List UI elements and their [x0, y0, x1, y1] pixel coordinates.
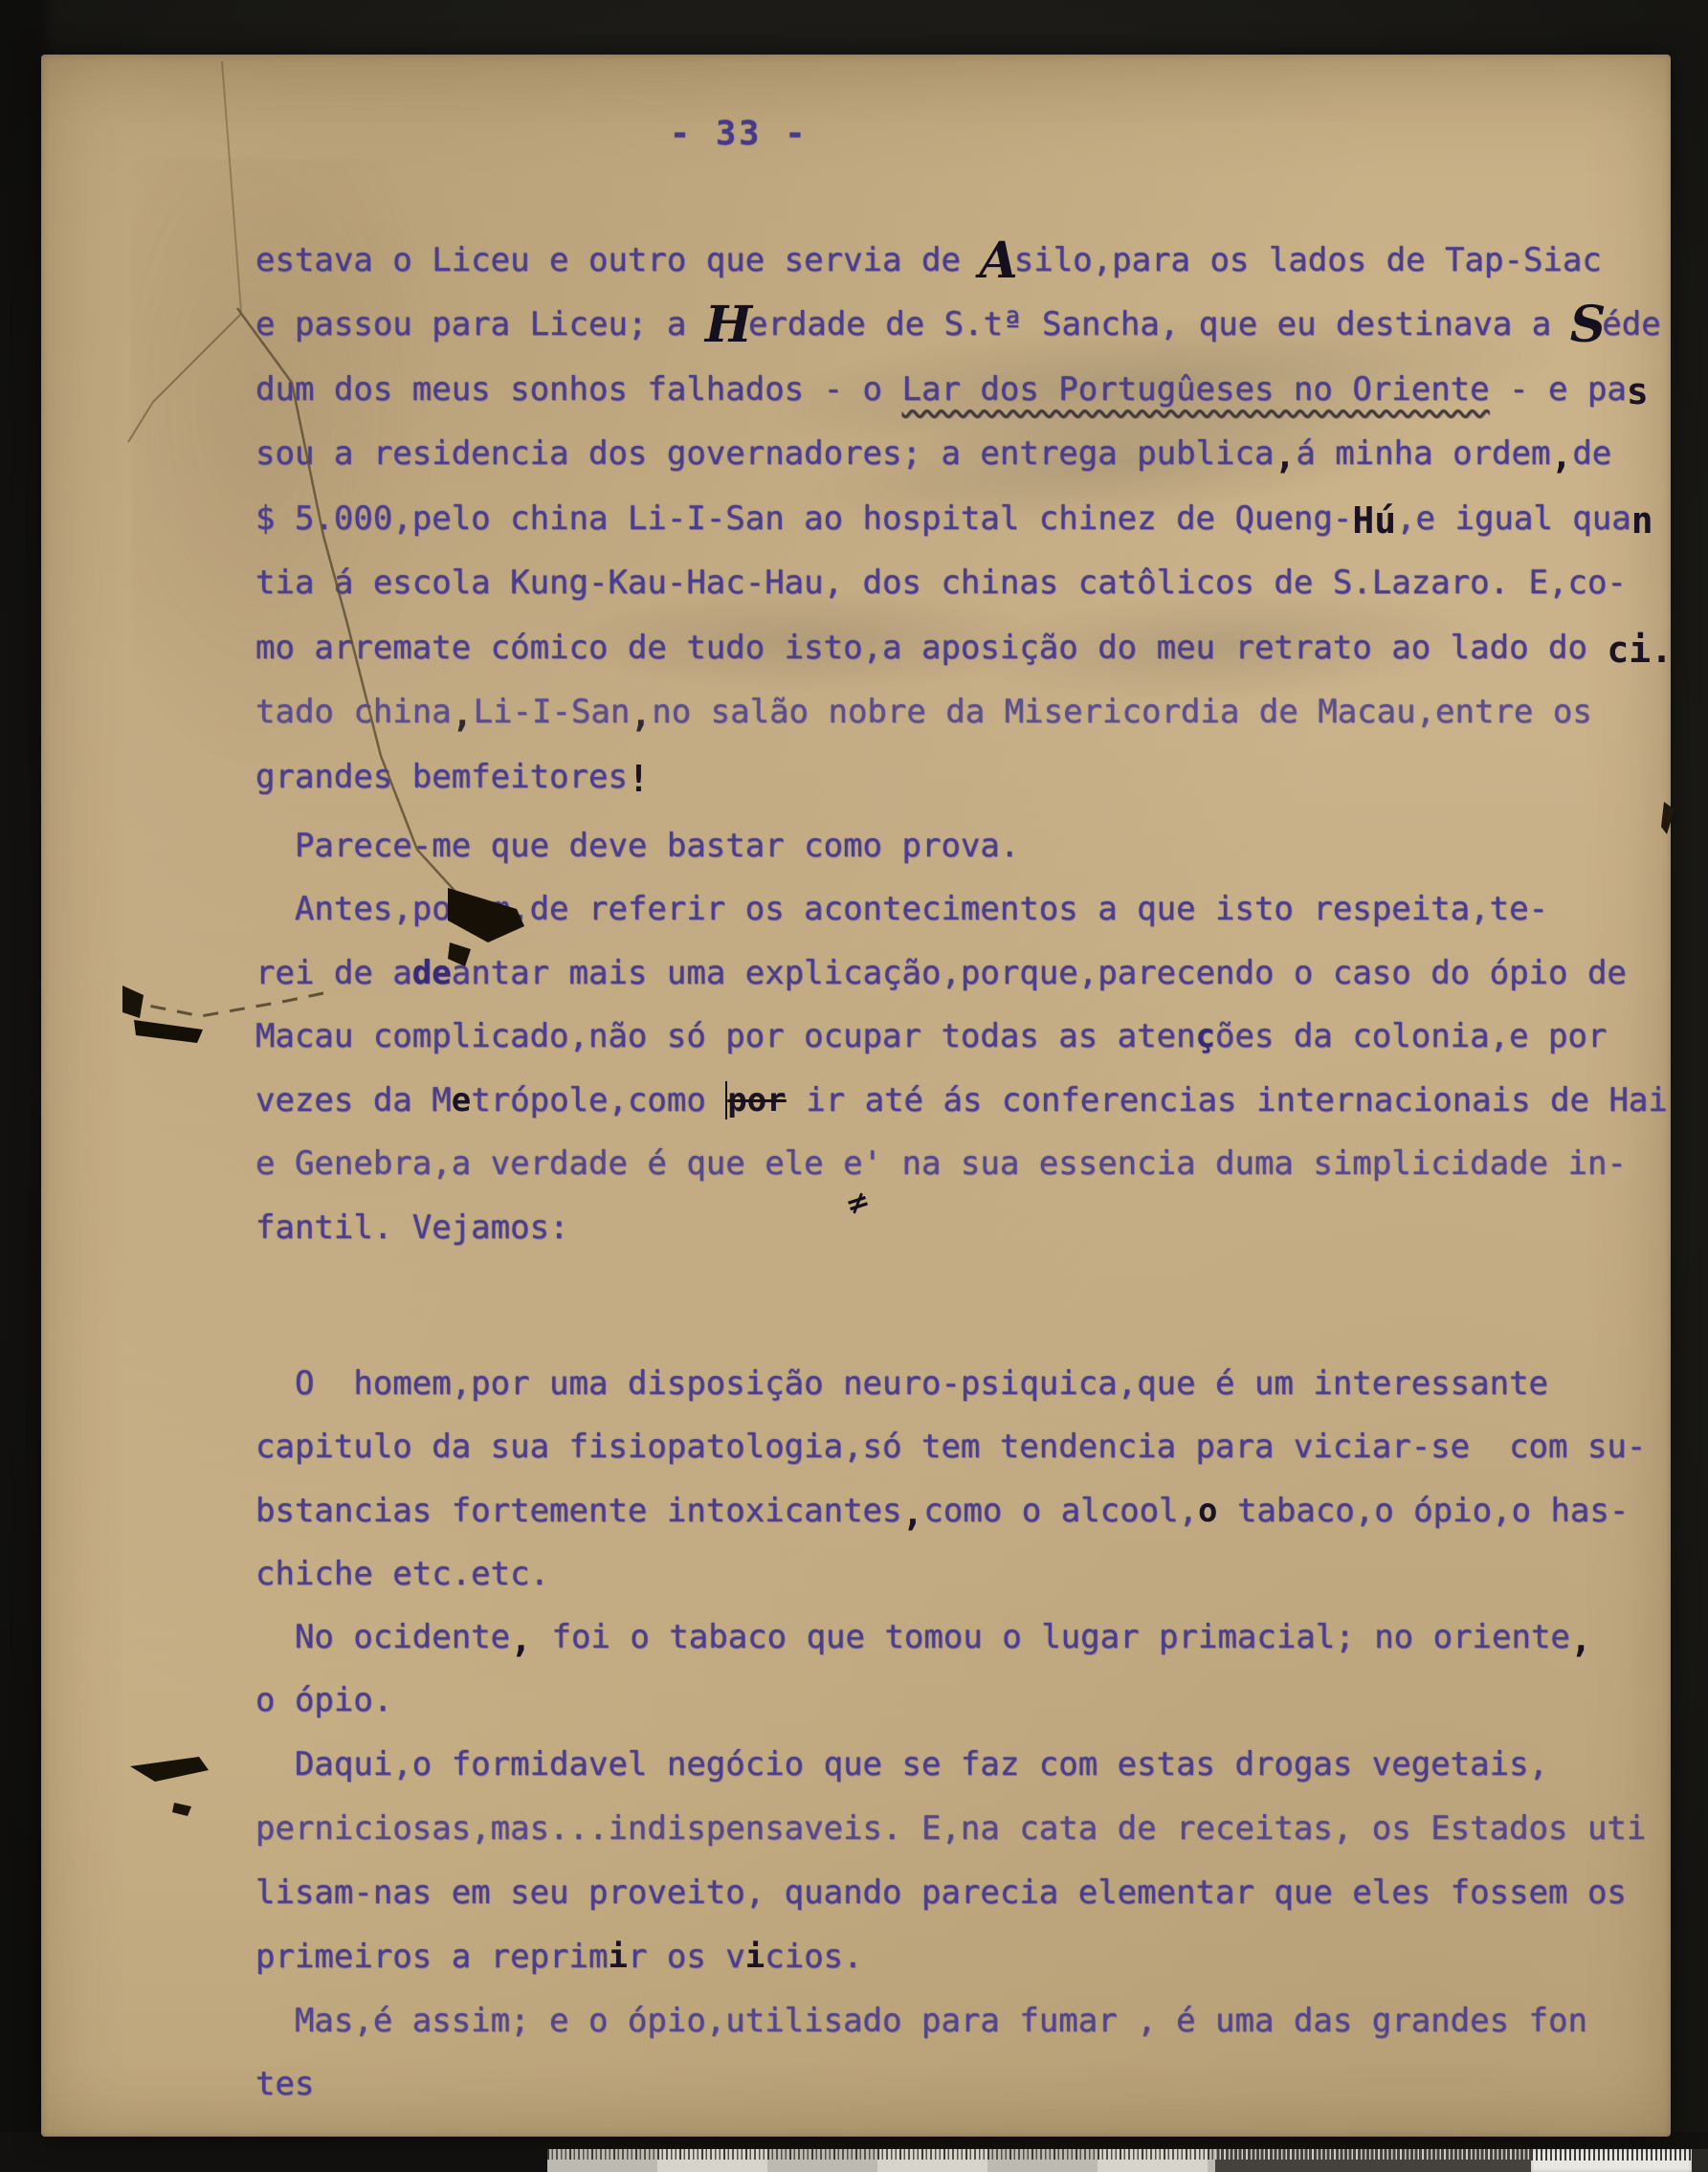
text-line: e Genebra,a verdade é que ele e' na sua …	[255, 1142, 1627, 1186]
text-line: rei de adeantar mais uma explicação,porq…	[255, 952, 1627, 995]
typed-text: - e pa	[1490, 370, 1627, 409]
handwritten-correction: e	[452, 1081, 471, 1119]
text-line: perniciosas,mas...indispensaveis. E,na c…	[255, 1807, 1646, 1851]
typed-text: Macau complicado,não só por ocupar todas…	[255, 1017, 1196, 1055]
handwritten-correction: o	[1198, 1492, 1217, 1530]
typed-text: fantil. Vejamos:	[255, 1208, 569, 1247]
typed-text: foi o tabaco que tomou o lugar primacial…	[532, 1618, 1570, 1656]
typed-text: $ 5.000,pelo china Li-I-San ao hospital …	[255, 499, 1352, 538]
typed-text: como o alcool,	[923, 1492, 1198, 1530]
handwritten-correction: ,	[1550, 434, 1572, 477]
text-line: O homem,por uma disposição neuro-psiquic…	[255, 1363, 1548, 1406]
handwritten-correction: Hú	[1352, 499, 1396, 542]
typed-text: no salão nobre da Misericordia de Macau,…	[652, 693, 1592, 731]
typed-text: primeiros a reprim	[255, 1938, 608, 1976]
typed-text: cios.	[765, 1938, 862, 1976]
measurement-ruler	[547, 2149, 1708, 2172]
handwritten-correction: ç	[1196, 1017, 1215, 1055]
handwritten-correction: s	[1627, 370, 1649, 412]
scanned-document-screenshot: { "page_number": "- 33 -", "colors": { "…	[0, 0, 1708, 2172]
handwritten-correction: Lar dos Portugûeses no Oriente	[902, 370, 1490, 409]
typed-text: tes	[255, 2065, 314, 2103]
handwritten-correction: i	[608, 1938, 627, 1976]
typed-text: e Genebra,a verdade é que ele e' na sua …	[255, 1144, 1627, 1183]
text-line: Parece-me que deve bastar como prova.	[255, 825, 1019, 868]
text-line: Mas,é assim; e o ópio,utilisado para fum…	[255, 2000, 1587, 2043]
text-line: fantil. Vejamos:	[255, 1207, 569, 1250]
typed-text: chiche etc.etc.	[255, 1555, 549, 1593]
handwritten-correction: ,	[630, 693, 652, 735]
typed-text: de	[1572, 434, 1611, 473]
text-line: Macau complicado,não só por ocupar todas…	[255, 1015, 1607, 1058]
handwritten-correction: ,	[452, 693, 474, 735]
ruler-ticks	[1531, 2149, 1692, 2161]
ruler-end-cap	[1692, 2149, 1708, 2172]
text-line: No ocidente, foi o tabaco que tomou o lu…	[255, 1616, 1592, 1659]
text-line: e passou para Liceu; a Herdade de S.tª S…	[255, 303, 1661, 346]
handwritten-correction: ,	[510, 1618, 532, 1660]
typed-text: trópole,como	[471, 1081, 725, 1119]
typed-text: mo arremate cómico de tudo isto,a aposiç…	[255, 629, 1607, 667]
handwritten-correction: ci.	[1607, 629, 1673, 671]
handwritten-correction: ,	[1274, 434, 1296, 477]
typed-text: antar mais uma explicação,porque,parecen…	[452, 954, 1627, 992]
text-line: sou a residencia dos governadores; a ent…	[255, 432, 1611, 476]
typed-text: Antes,porem,de referir os acontecimentos…	[255, 890, 1548, 928]
text-line: Daqui,o formidavel negócio que se faz co…	[255, 1743, 1548, 1786]
text-line: tado china,Li-I-San,no salão nobre da Mi…	[255, 691, 1592, 734]
typed-text: ,e igual qua	[1396, 499, 1631, 538]
handwritten-correction: n	[1631, 499, 1653, 542]
ruler-dark-segment	[1215, 2149, 1531, 2172]
handwritten-correction: A	[979, 232, 1015, 290]
text-line: tia á escola Kung-Kau-Hac-Hau, dos china…	[255, 562, 1627, 605]
typed-text: No ocidente	[255, 1618, 510, 1656]
text-line: $ 5.000,pelo china Li-I-San ao hospital …	[255, 498, 1653, 541]
typed-text: ões da colonia,e por	[1215, 1017, 1607, 1055]
typed-text: tado china	[255, 693, 452, 731]
handwritten-correction: !	[628, 758, 650, 800]
handwritten-correction: S	[1570, 296, 1605, 354]
typed-text: erdade de S.tª Sancha, que eu destinava …	[748, 305, 1571, 344]
handwritten-correction: ,	[1570, 1618, 1592, 1660]
typed-text: r os v	[628, 1938, 745, 1976]
typed-text: capitulo da sua fisiopatologia,só tem te…	[255, 1428, 1646, 1466]
handwritten-correction: H	[705, 296, 750, 354]
typed-text: Daqui,o formidavel negócio que se faz co…	[255, 1745, 1548, 1784]
typed-text: O homem,por uma disposição neuro-psiquic…	[255, 1364, 1548, 1403]
typed-text: vezes da M	[255, 1081, 452, 1119]
typed-text: grandes bemfeitores	[255, 758, 628, 796]
typed-text: silo,para os lados de Tap-Siac	[1014, 241, 1602, 279]
typed-text: lisam-nas em seu proveito, quando pareci…	[255, 1873, 1627, 1912]
handwritten-correction: ,	[902, 1492, 924, 1534]
text-line: dum dos meus sonhos falhados - o Lar dos…	[255, 368, 1649, 411]
typed-text: rei de a	[255, 954, 412, 992]
text-line: mo arremate cómico de tudo isto,a aposiç…	[255, 627, 1673, 670]
text-line: estava o Liceu e outro que servia de Asi…	[255, 239, 1602, 282]
text-line: o ópio.	[255, 1679, 392, 1722]
typed-text: Li-I-San	[474, 693, 631, 731]
typed-text: estava o Liceu e outro que servia de	[255, 241, 980, 279]
typed-text: tabaco,o ópio,o has-	[1217, 1492, 1629, 1530]
text-line: lisam-nas em seu proveito, quando pareci…	[255, 1872, 1627, 1915]
typed-text: éde	[1602, 305, 1660, 344]
typed-text: Parece-me que deve bastar como prova.	[255, 827, 1019, 865]
typed-text: á minha ordem	[1296, 434, 1550, 473]
text-line: Antes,porem,de referir os acontecimentos…	[255, 888, 1548, 931]
typed-text: tia á escola Kung-Kau-Hac-Hau, dos china…	[255, 564, 1627, 602]
typed-text: e passou para Liceu; a	[255, 305, 706, 344]
typed-text: perniciosas,mas...indispensaveis. E,na c…	[255, 1809, 1646, 1848]
ruler-white-segment	[1531, 2149, 1692, 2172]
text-line: capitulo da sua fisiopatologia,só tem te…	[255, 1426, 1646, 1469]
typed-text: Mas,é assim; e o ópio,utilisado para fum…	[255, 2002, 1587, 2040]
ruler-ticks	[1215, 2149, 1531, 2160]
typed-text: dum dos meus sonhos falhados - o	[255, 370, 902, 409]
typed-text: o ópio.	[255, 1681, 392, 1719]
text-line: vezes da Metrópole,como por ir até ás co…	[255, 1079, 1668, 1122]
text-line: tes	[255, 2063, 314, 2106]
text-line: bstancias fortemente intoxicantes,como o…	[255, 1490, 1629, 1533]
handwritten-correction: i	[745, 1938, 765, 1976]
text-line: chiche etc.etc.	[255, 1553, 549, 1596]
typed-text: sou a residencia dos governadores; a ent…	[255, 434, 1274, 473]
text-line: primeiros a reprimir os vicios.	[255, 1936, 863, 1979]
page-number: - 33 -	[670, 113, 808, 155]
typed-text: ir até ás conferencias internacionais de…	[787, 1081, 1668, 1119]
text-line: grandes bemfeitores!	[255, 756, 650, 799]
typed-text: bstancias fortemente intoxicantes	[255, 1492, 902, 1530]
handwritten-correction: por	[725, 1081, 786, 1119]
handwritten-correction: de	[412, 954, 452, 992]
